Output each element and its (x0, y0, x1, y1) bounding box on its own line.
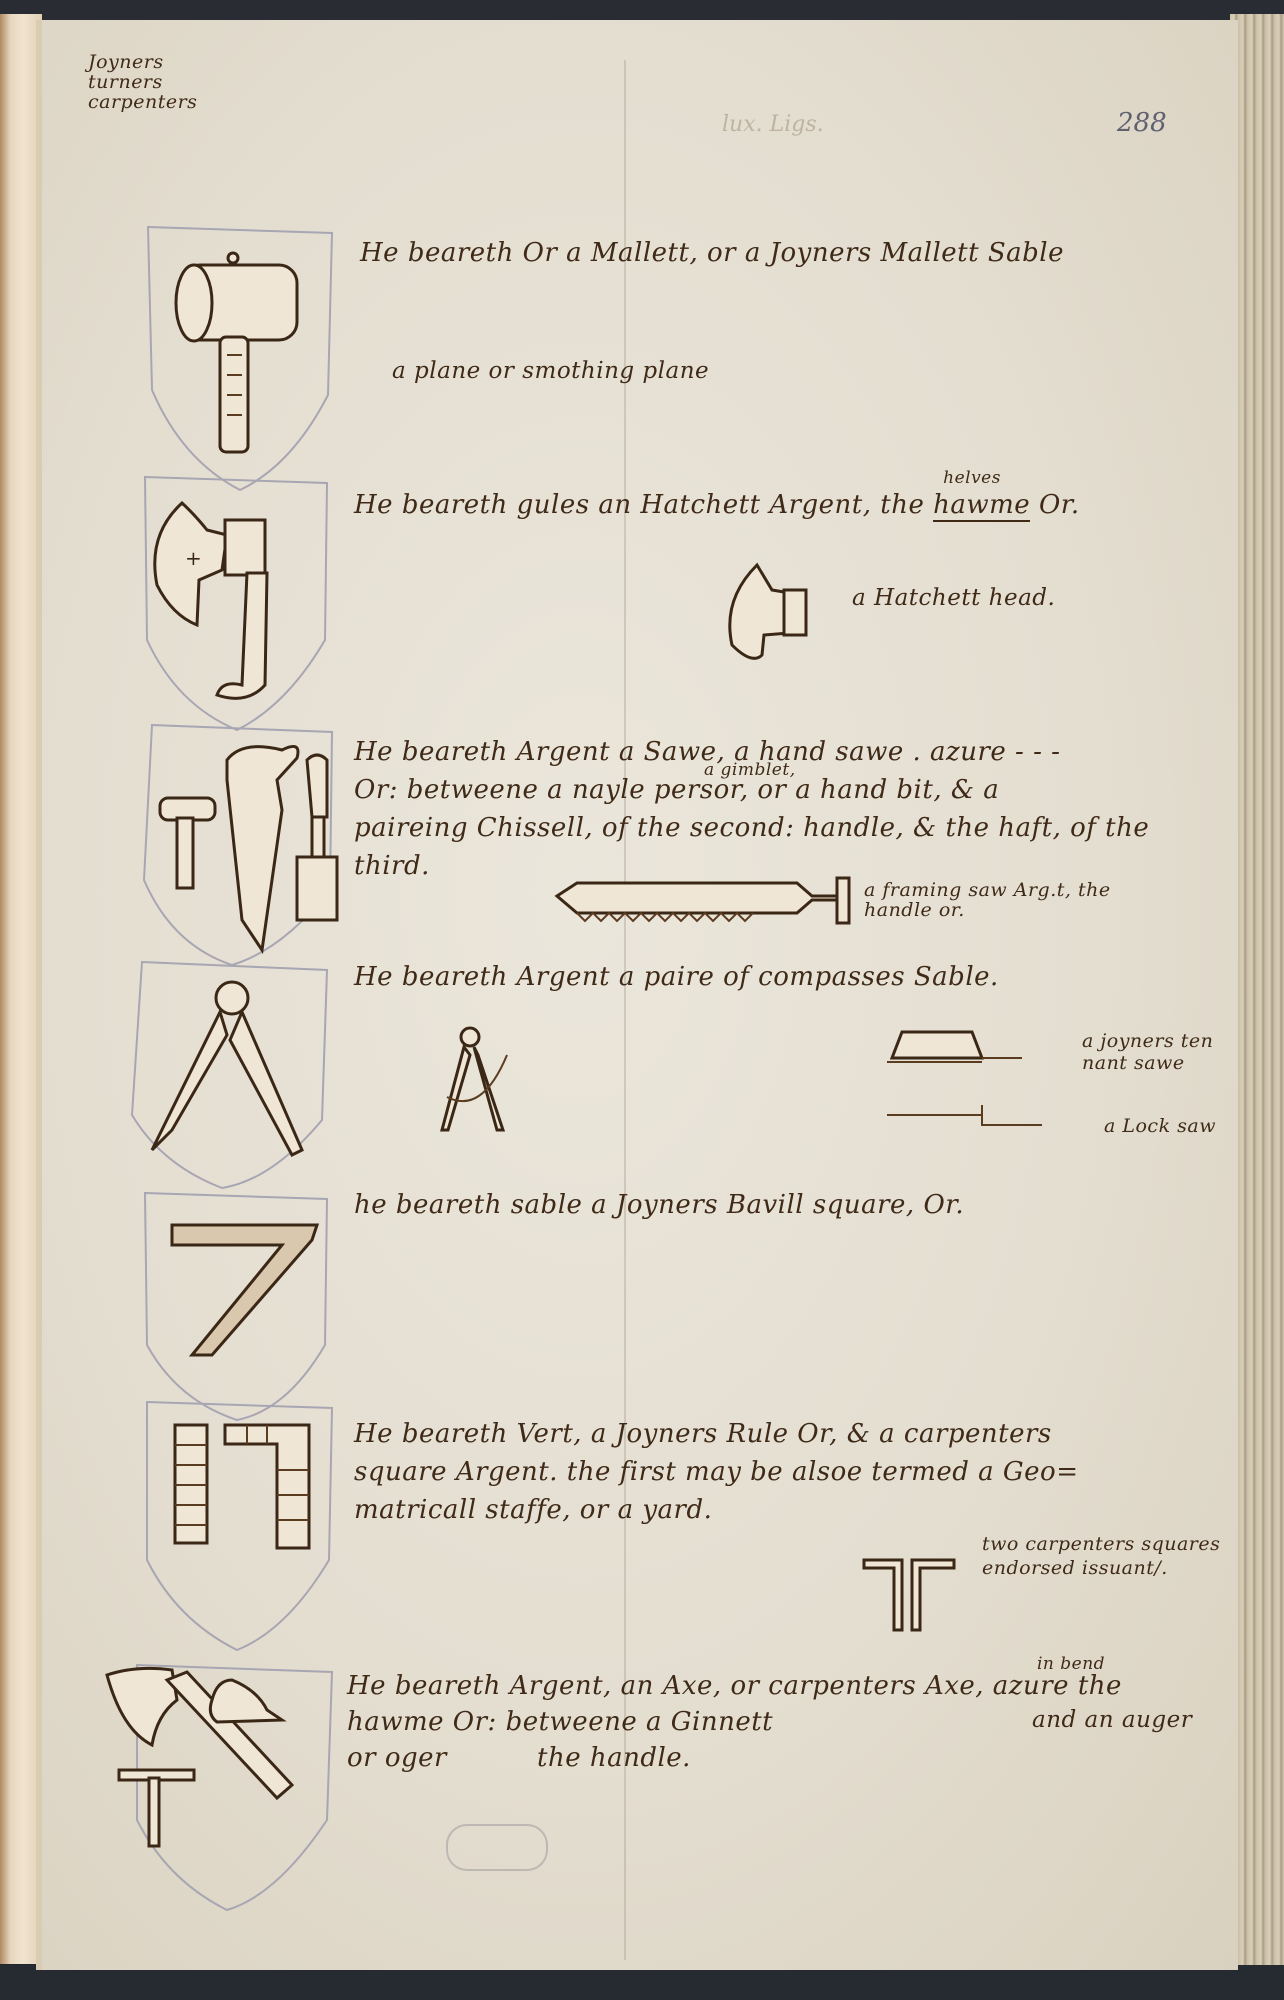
faint-show-through-text: lux. Ligs. (722, 112, 824, 137)
shield-saw-gimlet-chisel-icon (132, 720, 372, 970)
side-note: two carpenters squares endorsed issuant/… (982, 1532, 1220, 1580)
side-note: a framing saw Arg.t, the handle or. (864, 880, 1111, 920)
shield-axe-gimlet-auger-icon (97, 1660, 357, 1920)
blazon-line: He beareth Argent, an Axe, or carpenters… (347, 1671, 1122, 1701)
blazon-part: Or. (1039, 490, 1080, 520)
margin-note: Joyners turners carpenters (88, 52, 197, 112)
blazon-line-wrapper: in bend He beareth Argent, an Axe, or ca… (347, 1668, 1122, 1704)
compasses-drawing-icon (412, 1025, 532, 1135)
blazon-line-wrapper: or oger the handle. (347, 1740, 1122, 1776)
faint-pencil-sketch-icon (442, 1820, 562, 1900)
side-note-line: a joyners ten (1082, 1030, 1213, 1052)
svg-text:+: + (185, 546, 202, 570)
blazon-line: hawme Or: betweene a Ginnett (347, 1704, 1122, 1740)
tenon-and-lock-saw-drawings-icon (882, 1030, 1082, 1140)
interlinear-insertion: in bend (1037, 1646, 1105, 1682)
blazon-line-wrapper: a gimblet, Or: betweene a nayle persor, … (354, 771, 1149, 809)
blazon-line: paireing Chissell, of the second: handle… (354, 809, 1149, 847)
side-note: a Lock saw (1104, 1115, 1216, 1137)
blazon-line: Or: betweene a nayle persor, or a hand b… (354, 775, 999, 805)
shield-compasses-icon (122, 960, 342, 1190)
side-note-line: handle or. (864, 900, 1111, 920)
side-note: a Hatchett head. (852, 585, 1055, 611)
blazon-line: He beareth Vert, a Joyners Rule Or, & a … (354, 1415, 1078, 1453)
blazon-text: He beareth Vert, a Joyners Rule Or, & a … (354, 1415, 1078, 1529)
interlinear-insertion: a gimblet, (704, 751, 796, 789)
framing-saw-drawing-icon (547, 878, 867, 928)
side-note: a joyners ten nant sawe (1082, 1030, 1213, 1074)
side-note-line: nant sawe (1082, 1052, 1213, 1074)
margin-note-line: carpenters (88, 92, 197, 112)
blazon-text: He beareth Or a Mallett, or a Joyners Ma… (360, 238, 1064, 268)
shield-hatchet-icon: + (137, 475, 337, 735)
side-note-line: a framing saw Arg.t, the (864, 880, 1111, 900)
blazon-part: He beareth gules an Hatchett Argent, the (354, 490, 924, 520)
shield-mallet-icon (142, 225, 342, 495)
blazon-line: the handle. (537, 1740, 691, 1776)
manuscript-page: Joyners turners carpenters 288 lux. Ligs… (36, 20, 1238, 1970)
blazon-line: or oger (347, 1740, 447, 1776)
blazon-text: He beareth Argent a paire of compasses S… (354, 962, 999, 992)
blazon-text: he beareth sable a Joyners Bavill square… (354, 1190, 964, 1220)
shield-rule-and-square-icon (137, 1400, 357, 1660)
right-page-edges (1230, 14, 1284, 1969)
blazon-line: matricall staffe, or a yard. (354, 1491, 1078, 1529)
shield-bevel-square-icon (137, 1185, 337, 1425)
blazon-text: He beareth Argent a Sawe, a hand sawe . … (354, 733, 1149, 885)
blazon-text: in bend He beareth Argent, an Axe, or ca… (347, 1668, 1122, 1776)
folio-number: 288 (1117, 108, 1167, 138)
binding-top-edge (0, 0, 1284, 22)
side-note: a plane or smothing plane (392, 358, 709, 384)
underlined-word: hawme (933, 490, 1030, 522)
side-note-line: two carpenters squares (982, 1532, 1220, 1556)
margin-note-line: Joyners (88, 52, 197, 72)
interlinear-insertion: helves (943, 468, 1001, 488)
blazon-line: square Argent. the first may be alsoe te… (354, 1453, 1078, 1491)
hatchet-head-drawing-icon (722, 560, 832, 670)
margin-note-line: turners (88, 72, 197, 92)
side-note: and an auger (1032, 1707, 1192, 1733)
blazon-text: He beareth gules an Hatchett Argent, the… (354, 490, 1080, 520)
side-note-line: endorsed issuant/. (982, 1556, 1220, 1580)
binding-bottom-edge (0, 1965, 1284, 2000)
two-squares-endorsed-drawing-icon (862, 1555, 962, 1635)
